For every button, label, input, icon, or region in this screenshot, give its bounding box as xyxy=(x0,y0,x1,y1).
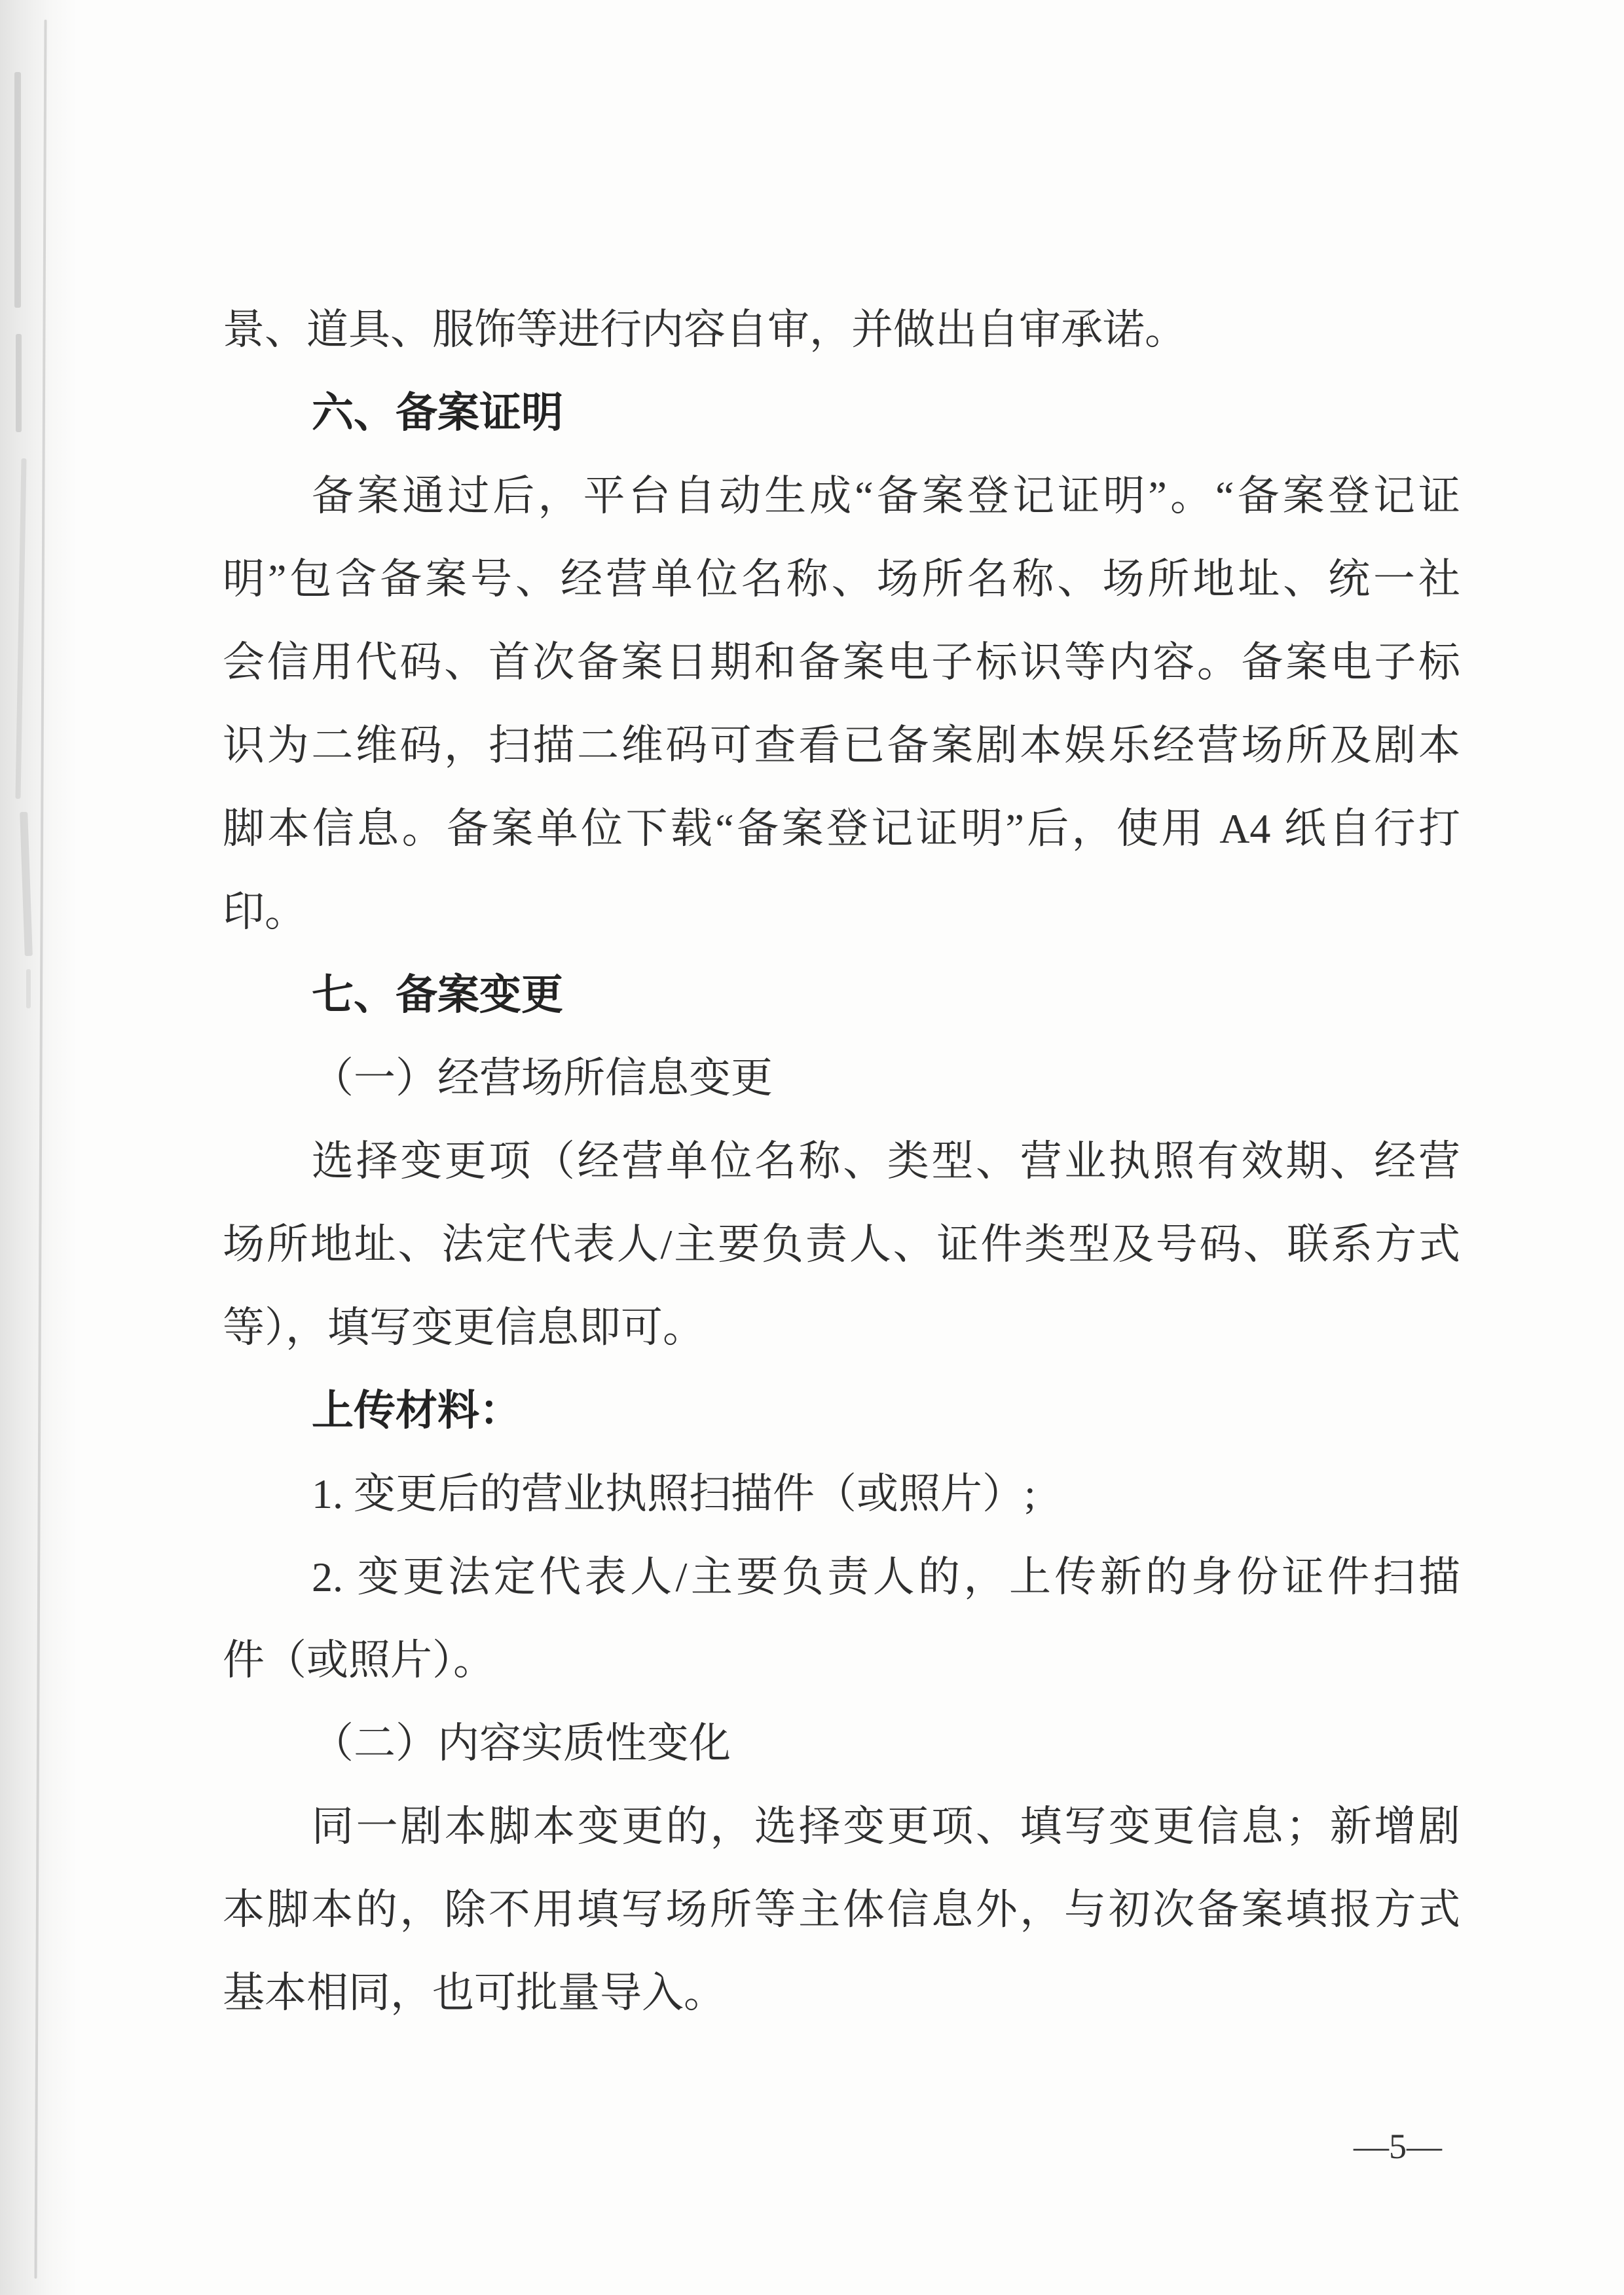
text-line: 印。 xyxy=(223,870,1460,953)
list-item-1: 1. 变更后的营业执照扫描件（或照片）; xyxy=(223,1452,1460,1535)
text-line: 基本相同，也可批量导入。 xyxy=(223,1951,1460,2034)
text-line: 景、道具、服饰等进行内容自审，并做出自审承诺。 xyxy=(223,288,1460,371)
subsection-heading-2: （二）内容实质性变化 xyxy=(223,1702,1460,1785)
text-line: 明”包含备案号、经营单位名称、场所名称、场所地址、统一社 xyxy=(223,538,1460,621)
text-line: 识为二维码，扫描二维码可查看已备案剧本娱乐经营场所及剧本 xyxy=(223,704,1460,787)
text-line: 脚本信息。备案单位下载“备案登记证明”后，使用 A4 纸自行打 xyxy=(223,787,1460,870)
document-body: 景、道具、服饰等进行内容自审，并做出自审承诺。 六、备案证明 备案通过后，平台自… xyxy=(223,288,1460,2034)
scanned-document-page: 景、道具、服饰等进行内容自审，并做出自审承诺。 六、备案证明 备案通过后，平台自… xyxy=(0,0,1624,2295)
text-line: 会信用代码、首次备案日期和备案电子标识等内容。备案电子标 xyxy=(223,621,1460,704)
scan-artifact xyxy=(26,969,31,1008)
text-line: 本脚本的，除不用填写场所等主体信息外，与初次备案填报方式 xyxy=(223,1868,1460,1951)
subsection-heading-1: （一）经营场所信息变更 xyxy=(223,1037,1460,1120)
scan-artifact xyxy=(14,72,21,308)
page-number: —5— xyxy=(1354,2127,1442,2166)
scan-artifact xyxy=(16,334,22,432)
text-line: 选择变更项（经营单位名称、类型、营业执照有效期、经营 xyxy=(223,1120,1460,1203)
text-line: 备案通过后，平台自动生成“备案登记证明”。“备案登记证 xyxy=(223,454,1460,538)
section-heading-7: 七、备案变更 xyxy=(223,953,1460,1037)
section-heading-6: 六、备案证明 xyxy=(223,371,1460,454)
upload-materials-heading: 上传材料： xyxy=(223,1369,1460,1452)
page-edge-shadow xyxy=(0,0,77,2295)
text-line: 场所地址、法定代表人/主要负责人、证件类型及号码、联系方式 xyxy=(223,1203,1460,1286)
list-item-2: 2. 变更法定代表人/主要负责人的，上传新的身份证件扫描 xyxy=(223,1535,1460,1619)
text-line: 件（或照片）。 xyxy=(223,1619,1460,1702)
text-line: 等），填写变更信息即可。 xyxy=(223,1286,1460,1369)
text-line: 同一剧本脚本变更的，选择变更项、填写变更信息；新增剧 xyxy=(223,1785,1460,1868)
